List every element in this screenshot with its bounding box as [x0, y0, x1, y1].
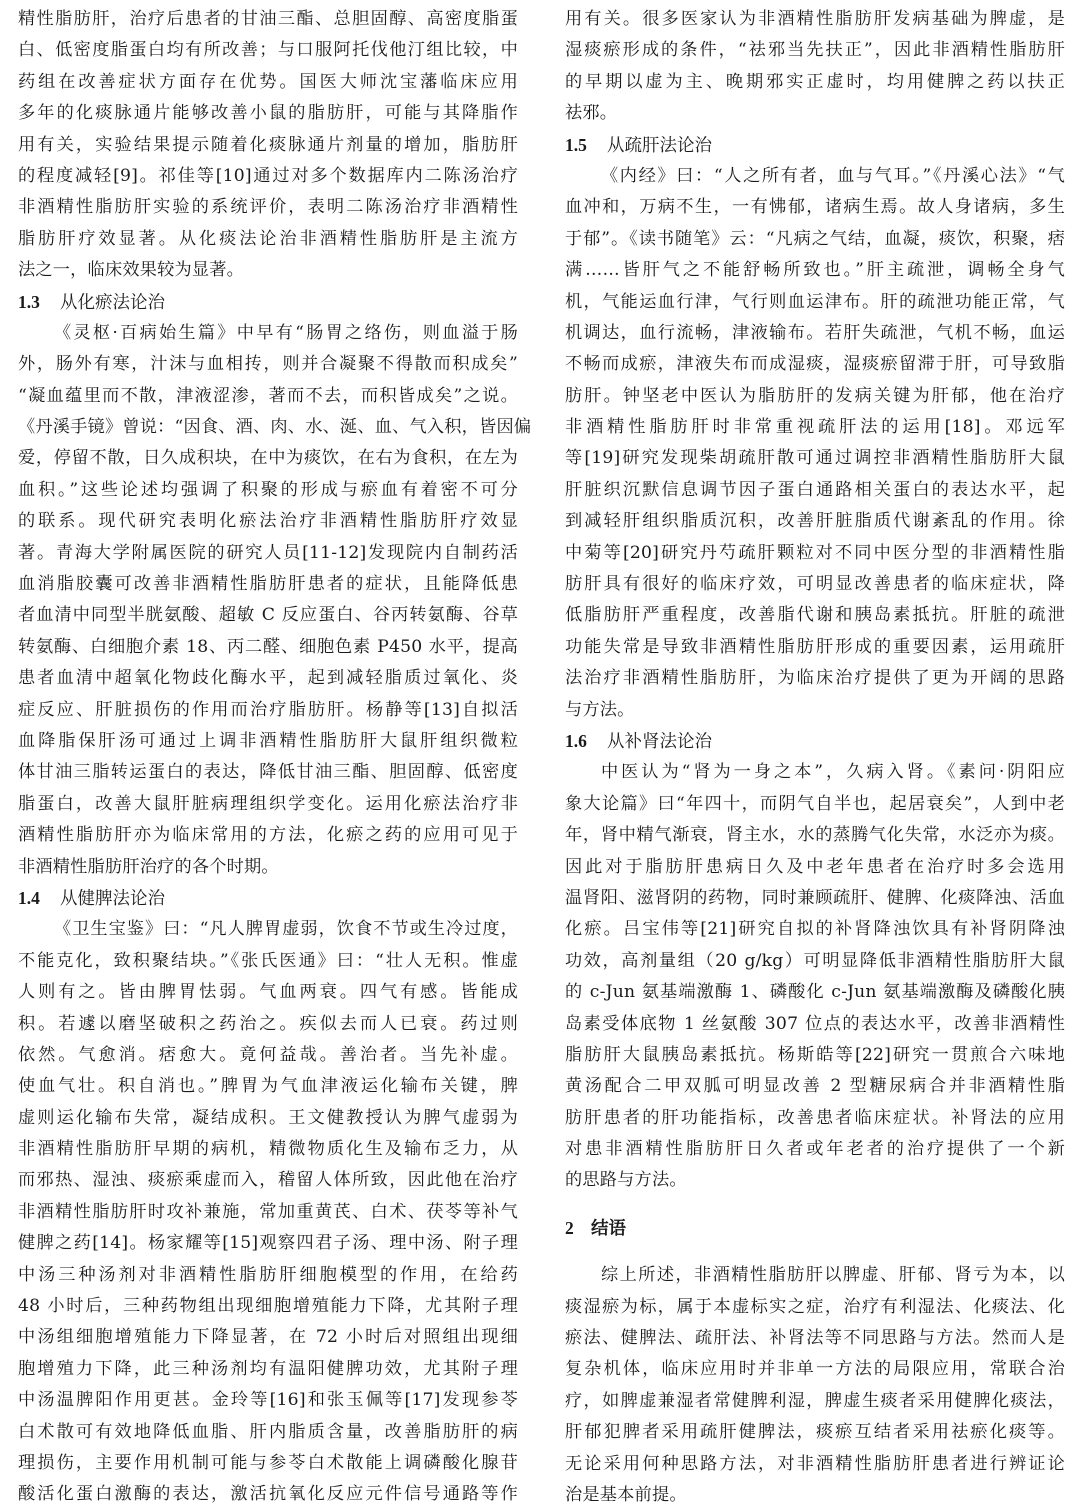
section-number: 2 — [565, 1213, 591, 1244]
text-line: 胞增殖力下降，此三种汤剂均有温阳健脾功效，尤其附子理 — [18, 1354, 518, 1385]
text-line: 非酒精性脂肪肝实验的系统评价，表明二陈汤治疗非酒精性 — [18, 192, 518, 223]
text-line: 化瘀。吕宝伟等[21]研究自拟的补肾降浊饮具有补肾阴降浊 — [565, 914, 1065, 945]
text-line: 功能失常是导致非酒精性脂肪肝形成的重要因素，运用疏肝 — [565, 632, 1065, 663]
text-line: 精性脂肪肝，治疗后患者的甘油三酯、总胆固醇、高密度脂蛋 — [18, 4, 518, 35]
text-line: 的联系。现代研究表明化瘀法治疗非酒精性脂肪肝疗效显 — [18, 506, 518, 537]
section-number: 1.4 — [18, 883, 60, 914]
text-line: 积。若遽以磨坚破积之药治之。疾似去而人已衰。药过则 — [18, 1009, 518, 1040]
text-line: 治是基本前提。 — [565, 1480, 1065, 1508]
text-line: 祛邪。 — [565, 98, 1065, 129]
text-line: 血冲和，万病不生，一有怫郁，诸病生焉。故人身诸病，多生 — [565, 192, 1065, 223]
text-line: 于郁”。《读书随笔》云：“凡病之气结，血凝，痰饮，积聚，痞 — [565, 224, 1065, 255]
text-line: 《丹溪手镜》曾说：“因食、酒、肉、水、涎、血、气入积，皆因偏 — [18, 412, 518, 443]
text-line: 肪肝患者的肝功能指标，改善患者临床症状。补肾法的应用 — [565, 1103, 1065, 1134]
text-line: 非酒精性脂肪肝治疗的各个时期。 — [18, 852, 518, 883]
right-column: 用有关。很多医家认为非酒精性脂肪肝发病基础为脾虚，是湿痰瘀形成的条件，“祛邪当先… — [565, 4, 1065, 1508]
text-line: 用有关。很多医家认为非酒精性脂肪肝发病基础为脾虚，是 — [565, 4, 1065, 35]
text-line: 非酒精性脂肪肝早期的病机，精微物质化生及输布乏力，从 — [18, 1134, 518, 1165]
text-line: 肪肝。钟坚老中医认为脂肪肝的发病关键为肝郁，他在治疗 — [565, 381, 1065, 412]
text-line: 中医认为“肾为一身之本”，久病入肾。《素问·阴阳应 — [565, 757, 1065, 788]
text-line: 岛素受体底物 1 丝氨酸 307 位点的表达水平，改善非酒精性 — [565, 1009, 1065, 1040]
text-line: 年，肾中精气渐衰，肾主水，水的蒸腾气化失常，水泛亦为痰。 — [565, 820, 1065, 851]
section-title: 结语 — [591, 1219, 626, 1239]
text-line: 不畅而成瘀，津液失布而成湿痰，湿痰瘀留滞于肝，可导致脂 — [565, 349, 1065, 380]
section-heading: 1.4从健脾法论治 — [18, 883, 518, 914]
text-line: 瘀法、健脾法、疏肝法、补肾法等不同思路与方法。然而人是 — [565, 1323, 1065, 1354]
text-line: 患者血清中超氧化物歧化酶水平，起到减轻脂质过氧化、炎 — [18, 663, 518, 694]
text-line: 脂蛋白，改善大鼠肝脏病理组织学变化。运用化瘀法治疗非 — [18, 789, 518, 820]
text-line: 非酒精性脂肪肝时非常重视疏肝法的运用[18]。邓远军 — [565, 412, 1065, 443]
text-line: 功效，高剂量组（20 g/kg）可明显降低非酒精性脂肪肝大鼠 — [565, 946, 1065, 977]
text-line: 疗，如脾虚兼湿者常健脾利湿，脾虚生痰者采用健脾化痰法， — [565, 1386, 1065, 1417]
text-line: 综上所述，非酒精性脂肪肝以脾虚、肝郁、肾亏为本，以 — [565, 1260, 1065, 1291]
text-line: 体甘油三脂转运蛋白的表达，降低甘油三酯、胆固醇、低密度 — [18, 757, 518, 788]
text-line: 人则有之。皆由脾胃怯弱。气血两衰。四气有感。皆能成 — [18, 977, 518, 1008]
text-line: 对患非酒精性脂肪肝日久者或年老者的治疗提供了一个新 — [565, 1134, 1065, 1165]
text-line: 用有关，实验结果提示随着化痰脉通片剂量的增加，脂肪肝 — [18, 130, 518, 161]
text-line: 肝脏织沉默信息调节因子蛋白通路相关蛋白的表达水平，起 — [565, 475, 1065, 506]
text-line: 症反应、肝脏损伤的作用而治疗脂肪肝。杨静等[13]自拟活 — [18, 695, 518, 726]
section-title: 从化瘀法论治 — [60, 293, 165, 313]
text-line: 黄汤配合二甲双胍可明显改善 2 型糖尿病合并非酒精性脂 — [565, 1071, 1065, 1102]
text-line: 酒精性脂肪肝亦为临床常用的方法，化瘀之药的应用可见于 — [18, 820, 518, 851]
text-line: 者血清中同型半胱氨酸、超敏 C 反应蛋白、谷丙转氨酶、谷草 — [18, 600, 518, 631]
text-line: 的早期以虚为主、晚期邪实正虚时，均用健脾之药以扶正 — [565, 67, 1065, 98]
text-line: 健脾之药[14]。杨家耀等[15]观察四君子汤、理中汤、附子理 — [18, 1228, 518, 1259]
text-line: 机调达，血行流畅，津液输布。若肝失疏泄，气机不畅，血运 — [565, 318, 1065, 349]
text-line: 《内经》曰：“人之所有者，血与气耳。”《丹溪心法》“气 — [565, 161, 1065, 192]
text-line: 使血气壮。积自消也。”脾胃为气血津液运化输布关键，脾 — [18, 1071, 518, 1102]
text-line: 到减轻肝组织脂质沉积，改善肝脏脂质代谢紊乱的作用。徐 — [565, 506, 1065, 537]
section-number: 1.6 — [565, 726, 607, 757]
text-line: 脂肪肝疗效显著。从化痰法论治非酒精性脂肪肝是主流方 — [18, 224, 518, 255]
text-line: 血消脂胶囊可改善非酒精性脂肪肝患者的症状，且能降低患 — [18, 569, 518, 600]
section-title: 从健脾法论治 — [60, 889, 165, 909]
text-line: 《卫生宝鉴》曰：“凡人脾胃虚弱，饮食不节或生冷过度， — [18, 914, 518, 945]
text-line: 满……皆肝气之不能舒畅所致也。”肝主疏泄，调畅全身气 — [565, 255, 1065, 286]
text-line: 无论采用何种思路方法，对非酒精性脂肪肝患者进行辨证论 — [565, 1449, 1065, 1480]
section-heading: 1.5从疏肝法论治 — [565, 130, 1065, 161]
text-line: 象大论篇》曰“年四十，而阴气自半也，起居衰矣”，人到中老 — [565, 789, 1065, 820]
text-line: 与方法。 — [565, 695, 1065, 726]
text-line: 48 小时后，三种药物组出现细胞增殖能力下降，尤其附子理 — [18, 1291, 518, 1322]
section-heading: 1.3从化瘀法论治 — [18, 287, 518, 318]
text-line: 机，气能运血行津，气行则血运津布。肝的疏泄功能正常，气 — [565, 287, 1065, 318]
text-line: 复杂机体，临床应用时并非单一方法的局限应用，常联合治 — [565, 1354, 1065, 1385]
section-number: 1.3 — [18, 287, 60, 318]
text-line: 著。青海大学附属医院的研究人员[11-12]发现院内自制药活 — [18, 538, 518, 569]
text-line: 而邪热、湿浊、痰瘀乘虚而入，稽留人体所致，因此他在治疗 — [18, 1165, 518, 1196]
text-line: 非酒精性脂肪肝时攻补兼施，常加重黄芪、白术、茯苓等补气 — [18, 1197, 518, 1228]
section-title: 从疏肝法论治 — [607, 136, 712, 156]
text-line: 的程度减轻[9]。祁佳等[10]通过对多个数据库内二陈汤治疗 — [18, 161, 518, 192]
text-line: 理损伤，主要作用机制可能与参苓白术散能上调磷酸化腺苷 — [18, 1448, 518, 1479]
section-number: 1.5 — [565, 130, 607, 161]
text-line: 因此对于脂肪肝患病日久及中老年患者在治疗时多会选用 — [565, 852, 1065, 883]
section-heading: 2结语 — [565, 1213, 1065, 1244]
text-line: 转氨酶、白细胞介素 18、丙二醛、细胞色素 P450 水平，提高 — [18, 632, 518, 663]
text-line: 爱，停留不散，日久成积块，在中为痰饮，在右为食积，在左为 — [18, 443, 518, 474]
text-line: 白术散可有效地降低血脂、肝内脂质含量，改善脂肪肝的病 — [18, 1417, 518, 1448]
text-line: 酸活化蛋白激酶的表达，激活抗氧化反应元件信号通路等作 — [18, 1479, 518, 1508]
text-line: “凝血蕴里而不散，津液涩渗，著而不去，而积皆成矣”之说。 — [18, 381, 518, 412]
text-line: 的 c-Jun 氨基端激酶 1、磷酸化 c-Jun 氨基端激酶及磷酸化胰 — [565, 977, 1065, 1008]
text-line: 中菊等[20]研究丹芍疏肝颗粒对不同中医分型的非酒精性脂 — [565, 538, 1065, 569]
section-heading: 1.6从补肾法论治 — [565, 726, 1065, 757]
text-line: 依然。气愈消。痞愈大。竟何益哉。善治者。当先补虚。 — [18, 1040, 518, 1071]
text-line: 脂肪肝大鼠胰岛素抵抗。杨斯皓等[22]研究一贯煎合六味地 — [565, 1040, 1065, 1071]
text-line: 法之一，临床效果较为显著。 — [18, 255, 518, 286]
text-line: 血降脂保肝汤可通过上调非酒精性脂肪肝大鼠肝组织微粒 — [18, 726, 518, 757]
text-line: 法治疗非酒精性脂肪肝，为临床治疗提供了更为开阔的思路 — [565, 663, 1065, 694]
text-line: 低脂肪肝严重程度，改善脂代谢和胰岛素抵抗。肝脏的疏泄 — [565, 600, 1065, 631]
text-line: 中汤组细胞增殖能力下降显著，在 72 小时后对照组出现细 — [18, 1322, 518, 1353]
text-line: 肪肝具有很好的临床疗效，可明显改善患者的临床症状，降 — [565, 569, 1065, 600]
section-title: 从补肾法论治 — [607, 732, 712, 752]
text-line: 湿痰瘀形成的条件，“祛邪当先扶正”，因此非酒精性脂肪肝 — [565, 35, 1065, 66]
text-line: 白、低密度脂蛋白均有所改善；与口服阿托伐他汀组比较，中 — [18, 35, 518, 66]
text-line: 等[19]研究发现柴胡疏肝散可通过调控非酒精性脂肪肝大鼠 — [565, 443, 1065, 474]
left-column: 精性脂肪肝，治疗后患者的甘油三酯、总胆固醇、高密度脂蛋白、低密度脂蛋白均有所改善… — [18, 4, 518, 1508]
text-line: 温肾阳、滋肾阴的药物，同时兼顾疏肝、健脾、化痰降浊、活血 — [565, 883, 1065, 914]
text-line: 的思路与方法。 — [565, 1165, 1065, 1196]
text-line: 药组在改善症状方面存在优势。国医大师沈宝藩临床应用 — [18, 67, 518, 98]
text-line: 不能克化，致积聚结块。”《张氏医通》曰：“壮人无积。惟虚 — [18, 946, 518, 977]
text-line: 中汤温脾阳作用更甚。金玲等[16]和张玉佩等[17]发现参苓 — [18, 1385, 518, 1416]
text-line: 多年的化痰脉通片能够改善小鼠的脂肪肝，可能与其降脂作 — [18, 98, 518, 129]
text-line: 血积。”这些论述均强调了积聚的形成与瘀血有着密不可分 — [18, 475, 518, 506]
text-line: 《灵枢·百病始生篇》中早有“肠胃之络伤，则血溢于肠 — [18, 318, 518, 349]
text-line: 虚则运化输布失常，凝结成积。王文健教授认为脾气虚弱为 — [18, 1103, 518, 1134]
text-line: 痰湿瘀为标，属于本虚标实之症，治疗有利湿法、化痰法、化 — [565, 1292, 1065, 1323]
text-line: 中汤三种汤剂对非酒精性脂肪肝细胞模型的作用，在给药 — [18, 1260, 518, 1291]
text-line: 肝郁犯脾者采用疏肝健脾法，痰瘀互结者采用祛瘀化痰等。 — [565, 1417, 1065, 1448]
text-line: 外，肠外有寒，汁沫与血相抟，则并合凝聚不得散而积成矣” — [18, 349, 518, 380]
